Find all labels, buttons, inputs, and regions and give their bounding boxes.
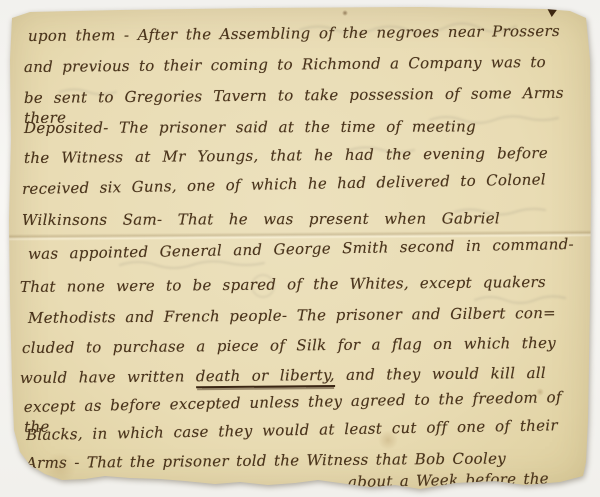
manuscript-line: Arms - That the prisoner told the Witnes… — [26, 448, 506, 473]
manuscript-paper: upon them - After the Assembling of the … — [0, 0, 600, 497]
manuscript-line: the Witness at Mr Youngs, that he had th… — [24, 143, 548, 168]
manuscript-line: That none were to be spared of the White… — [20, 272, 546, 297]
manuscript-line: Wilkinsons Sam- That he was present when… — [22, 208, 500, 230]
manuscript-line-torn-fragment: about a Week before the — [348, 468, 578, 492]
underlined-phrase: death or liberty, — [196, 366, 335, 388]
corner-ink-mark — [547, 9, 558, 18]
paper-shadow-wrap: upon them - After the Assembling of the … — [0, 0, 600, 497]
manuscript-line: would have written death or liberty, and… — [20, 363, 546, 388]
scan-background: upon them - After the Assembling of the … — [0, 0, 600, 497]
manuscript-line: Methodists and French people- The prison… — [28, 303, 556, 328]
line-text: would have written — [20, 367, 196, 387]
manuscript-line: Deposited- The prisoner said at the time… — [24, 116, 476, 138]
manuscript-line: and previous to their coming to Richmond… — [24, 52, 546, 77]
line-text: and they would kill all — [335, 364, 546, 384]
manuscript-line: received six Guns, one of which he had d… — [22, 169, 546, 199]
manuscript-line: upon them - After the Assembling of the … — [28, 21, 560, 46]
manuscript-line: cluded to purchase a piece of Silk for a… — [22, 333, 556, 358]
